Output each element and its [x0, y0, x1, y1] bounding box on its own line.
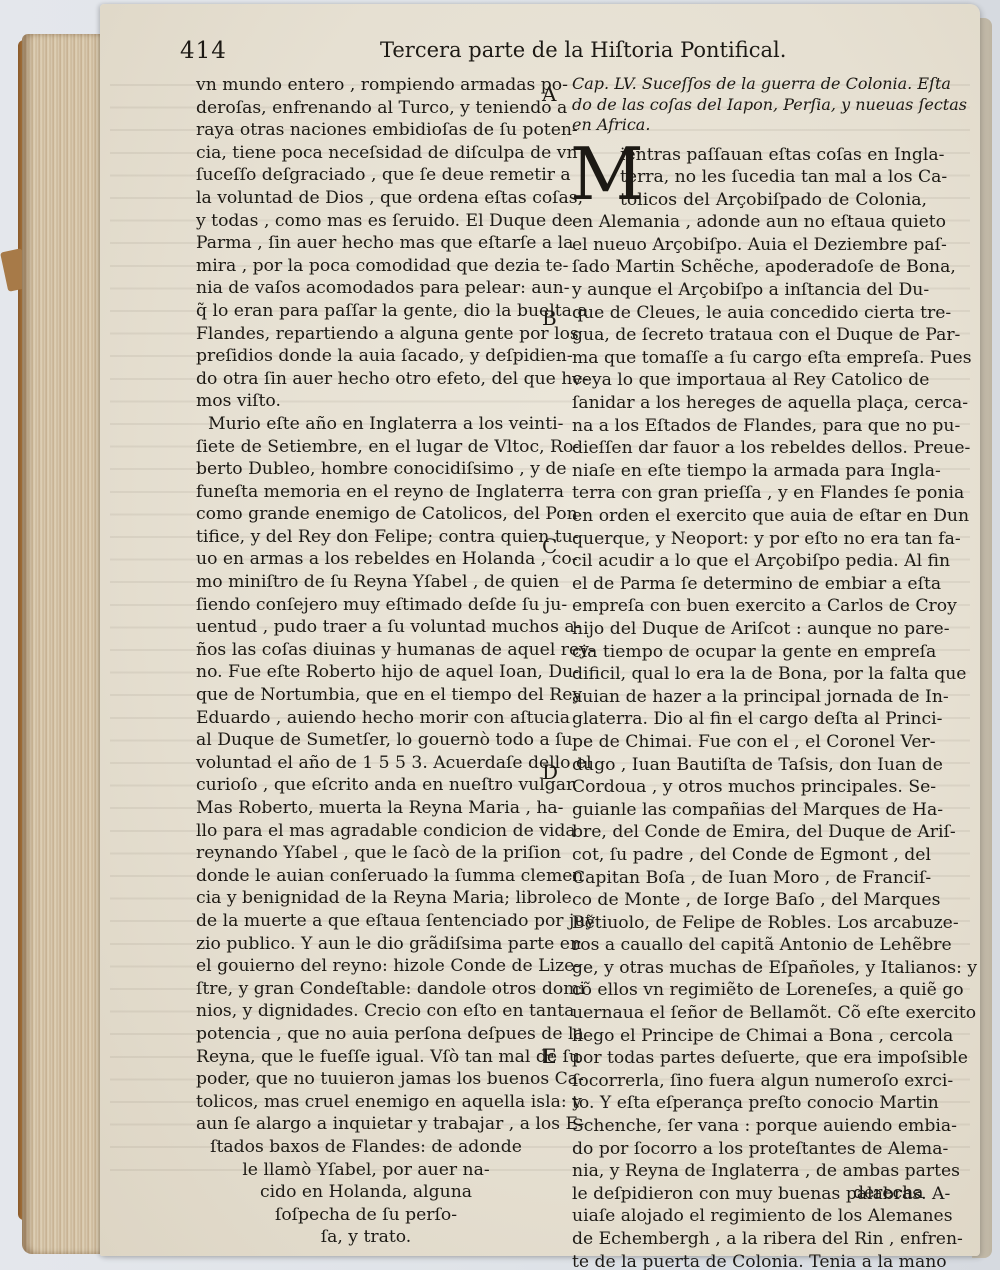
text-line: mos viſto. [196, 390, 536, 413]
text-line: cot, ſu padre , del Conde de Egmont , de… [572, 844, 927, 867]
text-line: poder, que no tuuieron jamas los buenos … [196, 1068, 536, 1091]
text-line: curioſo , que eſcrito anda en nueſtro vu… [196, 774, 536, 797]
text-line: no. Fue eſte Roberto hijo de aquel Ioan,… [196, 661, 536, 684]
text-line: potencia , que no auia perſona deſpues d… [196, 1023, 536, 1046]
text-line: ſtre, y gran Condeſtable: dandole otros … [196, 978, 536, 1001]
text-line: berto Dubleo, hombre conocidiſsimo , y d… [196, 458, 536, 481]
tail-line: le llamò Yſabel, por auer na- [196, 1159, 536, 1182]
text-line: ientras paſſauan eſtas coſas en Ingla- [620, 144, 927, 167]
text-line: ſiendo conſejero muy eſtimado deſde ſu j… [196, 594, 536, 617]
text-line: dificil, qual lo era la de Bona, por la … [572, 663, 927, 686]
text-line: ge, y otras muchas de Eſpañoles, y Itali… [572, 957, 927, 980]
text-line: por todas partes deſuerte, que era impoſ… [572, 1047, 927, 1070]
text-line: tolicos, mas cruel enemigo en aquella is… [196, 1091, 536, 1114]
right-column: Cap. LV. Suceſſos de la guerra de Coloni… [572, 74, 927, 1270]
text-line: voluntad el año de 1 5 5 3. Acuerdaſe de… [196, 752, 536, 775]
text-line: do por ſocorro a los proteſtantes de Ale… [572, 1138, 927, 1161]
text-line: Capitan Boſa , de Iuan Moro , de Franciſ… [572, 867, 927, 890]
text-line: Murio eſte año en Inglaterra a los veint… [196, 413, 536, 436]
text-line: que de Nortumbia, que en el tiempo del R… [196, 684, 536, 707]
text-line: te de la puerta de Colonia. Tenia a la m… [572, 1251, 927, 1270]
text-line: llego el Principe de Chimai a Bona , cer… [572, 1025, 927, 1048]
text-line: dieſſen dar fauor a los rebeldes dellos.… [572, 437, 927, 460]
margin-letter-e: E [542, 1044, 557, 1068]
text-line: ſocorrerla, ſino fuera algun numeroſo ex… [572, 1070, 927, 1093]
chapter-heading: Cap. LV. Suceſſos de la guerra de Coloni… [572, 74, 927, 136]
text-line: auian de hazer a la principal jornada de… [572, 686, 927, 709]
tail-line: ſoſpecha de ſu perſo- [196, 1204, 536, 1227]
text-line: terra, no les ſucedia tan mal a los Ca- [620, 166, 927, 189]
text-line: en orden el exercito que auia de eſtar e… [572, 505, 927, 528]
text-line: glaterra. Dio al fin el cargo deſta al P… [572, 708, 927, 731]
text-line: Mas Roberto, muerta la Reyna Maria , ha- [196, 797, 536, 820]
text-line: bre, del Conde de Emira, del Duque de Ar… [572, 821, 927, 844]
text-line: ſiete de Setiembre, en el lugar de Vltoc… [196, 436, 536, 459]
margin-letter-a: A [542, 82, 556, 106]
tail-line: cido en Holanda, alguna [196, 1181, 536, 1204]
text-line: ños las coſas diuinas y humanas de aquel… [196, 639, 536, 662]
text-line: preſidios donde la auia ſacado, y deſpid… [196, 345, 536, 368]
text-line: nia de vaſos acomodados para pelear: aun… [196, 277, 536, 300]
text-line: tolicos del Arçobiſpado de Colonia, [620, 189, 927, 212]
text-line: Parma , ſin auer hecho mas que eſtarſe a… [196, 232, 536, 255]
text-line: ſado Martin Schẽche, apoderadoſe de Bona… [572, 256, 927, 279]
text-line: niaſe en eſte tiempo la armada para Ingl… [572, 460, 927, 483]
text-line: donde le auian conſeruado la ſumma cleme… [196, 865, 536, 888]
text-line: to. Y eſta eſperança preſto conocio Mart… [572, 1092, 927, 1115]
text-line: nia, y Reyna de Inglaterra , de ambas pa… [572, 1160, 927, 1183]
left-column: vn mundo entero , rompiendo armadas po-d… [196, 74, 536, 1249]
text-line: querque, y Neoport: y por eſto no era ta… [572, 528, 927, 551]
running-title: Tercera parte de la Hiſtoria Pontifical. [380, 38, 786, 62]
text-line: Reyna, que le fueſſe igual. Vſò tan mal … [196, 1046, 536, 1069]
text-line: mo miniſtro de ſu Reyna Yſabel , de quie… [196, 571, 536, 594]
tail-line: ſtados baxos de Flandes: de adonde [196, 1136, 536, 1159]
page-number: 414 [180, 38, 227, 64]
margin-letter-b: B [542, 306, 557, 330]
opening-paragraph: M ientras paſſauan eſtas coſas en Ingla-… [572, 144, 927, 212]
text-line: uernaua el ſeñor de Bellamõt. Cõ eſte ex… [572, 1002, 927, 1025]
text-line: hijo del Duque de Ariſcot : aunque no pa… [572, 618, 927, 641]
text-line: dugo , Iuan Bautiſta de Taſsis, don Iuan… [572, 754, 927, 777]
text-line: ſuceſſo deſgraciado , que ſe deue remeti… [196, 164, 536, 187]
margin-section-letters: ABCDE [542, 74, 564, 1174]
text-line: aun ſe alargo a inquietar y trabajar , a… [196, 1113, 536, 1136]
margin-letter-d: D [542, 760, 558, 784]
text-line: raya otras naciones embidioſas de ſu pot… [196, 119, 536, 142]
text-line: el nueuo Arçobiſpo. Auia el Deziembre pa… [572, 234, 927, 257]
page-stack-fore-edge [22, 34, 104, 1254]
text-line: terra con gran prieſſa , y en Flandes ſe… [572, 482, 927, 505]
tail-line: ſa, y trato. [196, 1226, 536, 1249]
text-line: veya lo que importaua al Rey Catolico de [572, 369, 927, 392]
text-line: deroſas, enfrenando al Turco, y teniendo… [196, 97, 536, 120]
text-line: cia y benignidad de la Reyna Maria; libr… [196, 887, 536, 910]
text-line: vn mundo entero , rompiendo armadas po- [196, 74, 536, 97]
text-line: ros a cauallo del capitã Antonio de Lehẽ… [572, 934, 927, 957]
text-line: uentud , pudo traer a ſu voluntad muchos… [196, 616, 536, 639]
text-line: llo para el mas agradable condicion de v… [196, 820, 536, 843]
text-line: q̃ lo eran para paſſar la gente, dio la … [196, 300, 536, 323]
chapter-heading-line: do de las coſas del Iapon, Perſia, y nue… [572, 95, 927, 116]
text-line: Bẽtiuolo, de Felipe de Robles. Los arcab… [572, 912, 927, 935]
text-line: cia, tiene poca neceſsidad de diſculpa d… [196, 142, 536, 165]
text-line: el gouierno del reyno: hizole Conde de L… [196, 955, 536, 978]
text-line: de Echembergh , a la ribera del Rin , en… [572, 1228, 927, 1251]
text-line: reynando Yſabel , que le ſacò de la priſ… [196, 842, 536, 865]
margin-letter-c: C [542, 534, 557, 558]
right-body-text: en Alemania , adonde aun no eſtaua quiet… [572, 211, 927, 1270]
text-line: el de Parma ſe determino de embiar a eſt… [572, 573, 927, 596]
text-line: y todas , como mas es ſeruido. El Duque … [196, 210, 536, 233]
text-line: mira , por la poca comodidad que dezia t… [196, 255, 536, 278]
text-line: nios, y dignidades. Crecio con eſto en t… [196, 1000, 536, 1023]
text-line: empreſa con buen exercito a Carlos de Cr… [572, 595, 927, 618]
text-line: do otra ſin auer hecho otro efeto, del q… [196, 368, 536, 391]
chapter-heading-line: Cap. LV. Suceſſos de la guerra de Coloni… [572, 74, 927, 95]
text-line: funeſta memoria en el reyno de Inglaterr… [196, 481, 536, 504]
text-line: cia tiempo de ocupar la gente en empreſa [572, 641, 927, 664]
catchword: derecha [853, 1183, 924, 1203]
text-line: gua, de ſecreto trataua con el Duque de … [572, 324, 927, 347]
text-line: y aunque el Arçobiſpo a inſtancia del Du… [572, 279, 927, 302]
text-line: ſanidar a los hereges de aquella plaça, … [572, 392, 927, 415]
drop-cap: M [570, 142, 644, 206]
text-line: como grande enemigo de Catolicos, del Po… [196, 503, 536, 526]
text-line: la voluntad de Dios , que ordena eſtas c… [196, 187, 536, 210]
text-line: uo en armas a los rebeldes en Holanda , … [196, 548, 536, 571]
text-line: ma que tomaſſe a ſu cargo eſta empreſa. … [572, 347, 927, 370]
text-line: que de Cleues, le auia concedido cierta … [572, 302, 927, 325]
text-line: na a los Eſtados de Flandes, para que no… [572, 415, 927, 438]
text-line: Schenche, ſer vana : porque auiendo embi… [572, 1115, 927, 1138]
text-line: zio publico. Y aun le dio grãdiſsima par… [196, 933, 536, 956]
text-line: Eduardo , auiendo hecho morir con aſtuci… [196, 707, 536, 730]
text-line: cil acudir a lo que el Arçobiſpo pedia. … [572, 550, 927, 573]
text-line: Flandes, repartiendo a alguna gente por … [196, 323, 536, 346]
text-line: guianle las compañias del Marques de Ha- [572, 799, 927, 822]
text-line: pe de Chimai. Fue con el , el Coronel Ve… [572, 731, 927, 754]
running-head: 414 Tercera parte de la Hiſtoria Pontifi… [180, 38, 950, 78]
text-line: al Duque de Sumetſer, lo gouernò todo a … [196, 729, 536, 752]
text-line: tifice, y del Rey don Felipe; contra qui… [196, 526, 536, 549]
text-line: uiaſe alojado el regimiento de los Alema… [572, 1205, 927, 1228]
text-line: de la muerte a que eſtaua ſentenciado po… [196, 910, 536, 933]
text-line: Cordoua , y otros muchos principales. Se… [572, 776, 927, 799]
text-line: co de Monte , de Iorge Baſo , del Marque… [572, 889, 927, 912]
text-line: cõ ellos vn regimiẽto de Loreneſes, a qu… [572, 979, 927, 1002]
